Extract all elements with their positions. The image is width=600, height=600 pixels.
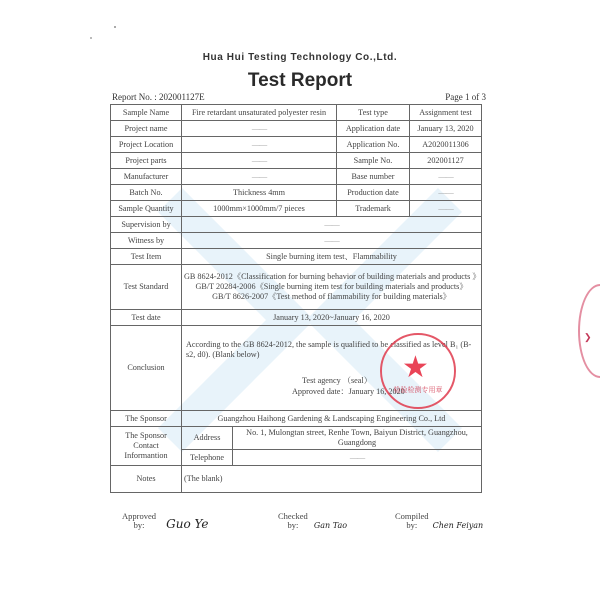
value-trademark: —— (410, 201, 482, 217)
table-row: Sample Quantity 1000mm×1000mm/7 pieces T… (111, 201, 482, 217)
checked-by-label: by: (287, 520, 298, 530)
conclusion-text: According to the GB 8624-2012, the sampl… (186, 340, 477, 360)
value-manufacturer: —— (182, 169, 337, 185)
table-row: Sample Name Fire retardant unsaturated p… (111, 105, 482, 121)
value-batch-no: Thickness 4mm (182, 185, 337, 201)
label-project-location: Project Location (111, 137, 182, 153)
value-test-date: January 13, 2020~January 16, 2020 (182, 310, 482, 326)
value-sample-no: 202001127 (410, 153, 482, 169)
label-base-number: Base number (337, 169, 410, 185)
label-sample-quantity: Sample Quantity (111, 201, 182, 217)
value-test-item: Single burning item test、Flammability (182, 249, 482, 265)
value-telephone: —— (233, 450, 482, 466)
value-project-name: —— (182, 121, 337, 137)
label-project-parts: Project parts (111, 153, 182, 169)
edge-seal-stamp (578, 284, 600, 378)
label-trademark: Trademark (337, 201, 410, 217)
page-title: Test Report (0, 70, 600, 92)
edge-seal-mark-icon: ❯ (584, 332, 592, 343)
value-project-parts: —— (182, 153, 337, 169)
table-row: Project parts —— Sample No. 202001127 (111, 153, 482, 169)
value-production-date: —— (410, 185, 482, 201)
compiled-signature-name: Chen Feiyan (433, 521, 484, 530)
value-application-no: A2020011306 (410, 137, 482, 153)
checked-by-signature: Checkedby: Gan Tao (278, 512, 347, 530)
label-application-no: Application No. (337, 137, 410, 153)
page-number: Page 1 of 3 (445, 92, 486, 102)
label-address: Address (182, 427, 233, 450)
table-row: Witness by —— (111, 233, 482, 249)
label-sponsor: The Sponsor (111, 411, 182, 427)
report-table: Sample Name Fire retardant unsaturated p… (110, 104, 482, 493)
value-supervision-by: —— (182, 217, 482, 233)
scan-speck (114, 26, 116, 28)
report-number: Report No. : 202001127E (112, 92, 205, 102)
value-base-number: —— (410, 169, 482, 185)
label-test-type: Test type (337, 105, 410, 121)
label-witness-by: Witness by (111, 233, 182, 249)
value-address: No. 1, Mulongtan street, Renhe Town, Bai… (233, 427, 482, 450)
label-sample-no: Sample No. (337, 153, 410, 169)
value-test-type: Assignment test (410, 105, 482, 121)
company-name: Hua Hui Testing Technology Co.,Ltd. (0, 52, 600, 63)
table-row: Conclusion According to the GB 8624-2012… (111, 326, 482, 411)
label-project-name: Project name (111, 121, 182, 137)
label-sample-name: Sample Name (111, 105, 182, 121)
approved-by-label: by: (134, 520, 145, 530)
table-row: The Sponsor Contact Informantion Address… (111, 427, 482, 450)
approved-by-signature: Approvedby: Guo Ye (122, 512, 208, 531)
label-application-date: Application date (337, 121, 410, 137)
label-production-date: Production date (337, 185, 410, 201)
value-application-date: January 13, 2020 (410, 121, 482, 137)
label-test-item: Test Item (111, 249, 182, 265)
label-test-date: Test date (111, 310, 182, 326)
label-telephone: Telephone (182, 450, 233, 466)
value-sample-quantity: 1000mm×1000mm/7 pieces (182, 201, 337, 217)
table-row: Test Item Single burning item test、Flamm… (111, 249, 482, 265)
label-notes: Notes (111, 466, 182, 493)
value-test-standard: GB 8624-2012《Classification for burning … (182, 265, 482, 310)
compiled-by-label: by: (406, 520, 417, 530)
approved-date: Approved date：January 16, 2020 (292, 387, 405, 397)
label-sponsor-contact: The Sponsor Contact Informantion (111, 427, 182, 466)
label-supervision-by: Supervision by (111, 217, 182, 233)
test-agency: Test agency （seal） (302, 376, 372, 386)
scan-speck (90, 37, 92, 39)
standard-line: GB 8624-2012《Classification for burning … (184, 272, 479, 282)
value-conclusion: According to the GB 8624-2012, the sampl… (182, 326, 482, 411)
value-sponsor: Guangzhou Haihong Gardening & Landscapin… (182, 411, 482, 427)
standard-line: GB/T 20284-2006《Single burning item test… (184, 282, 479, 292)
table-row: Test Standard GB 8624-2012《Classificatio… (111, 265, 482, 310)
label-batch-no: Batch No. (111, 185, 182, 201)
table-row: Test date January 13, 2020~January 16, 2… (111, 310, 482, 326)
table-row: Batch No. Thickness 4mm Production date … (111, 185, 482, 201)
label-test-standard: Test Standard (111, 265, 182, 310)
checked-signature-name: Gan Tao (314, 521, 347, 530)
value-witness-by: —— (182, 233, 482, 249)
table-row: Supervision by —— (111, 217, 482, 233)
table-row: Notes (The blank) (111, 466, 482, 493)
table-row: Manufacturer —— Base number —— (111, 169, 482, 185)
label-conclusion: Conclusion (111, 326, 182, 411)
table-row: Project Location —— Application No. A202… (111, 137, 482, 153)
standard-line: GB/T 8626-2007《Test method of flammabili… (184, 292, 479, 302)
value-notes: (The blank) (182, 466, 482, 493)
approved-signature-name: Guo Ye (166, 517, 208, 531)
compiled-by-signature: Compiledby: Chen Feiyan (395, 512, 483, 530)
label-manufacturer: Manufacturer (111, 169, 182, 185)
table-row: The Sponsor Guangzhou Haihong Gardening … (111, 411, 482, 427)
value-sample-name: Fire retardant unsaturated polyester res… (182, 105, 337, 121)
value-project-location: —— (182, 137, 337, 153)
table-row: Project name —— Application date January… (111, 121, 482, 137)
